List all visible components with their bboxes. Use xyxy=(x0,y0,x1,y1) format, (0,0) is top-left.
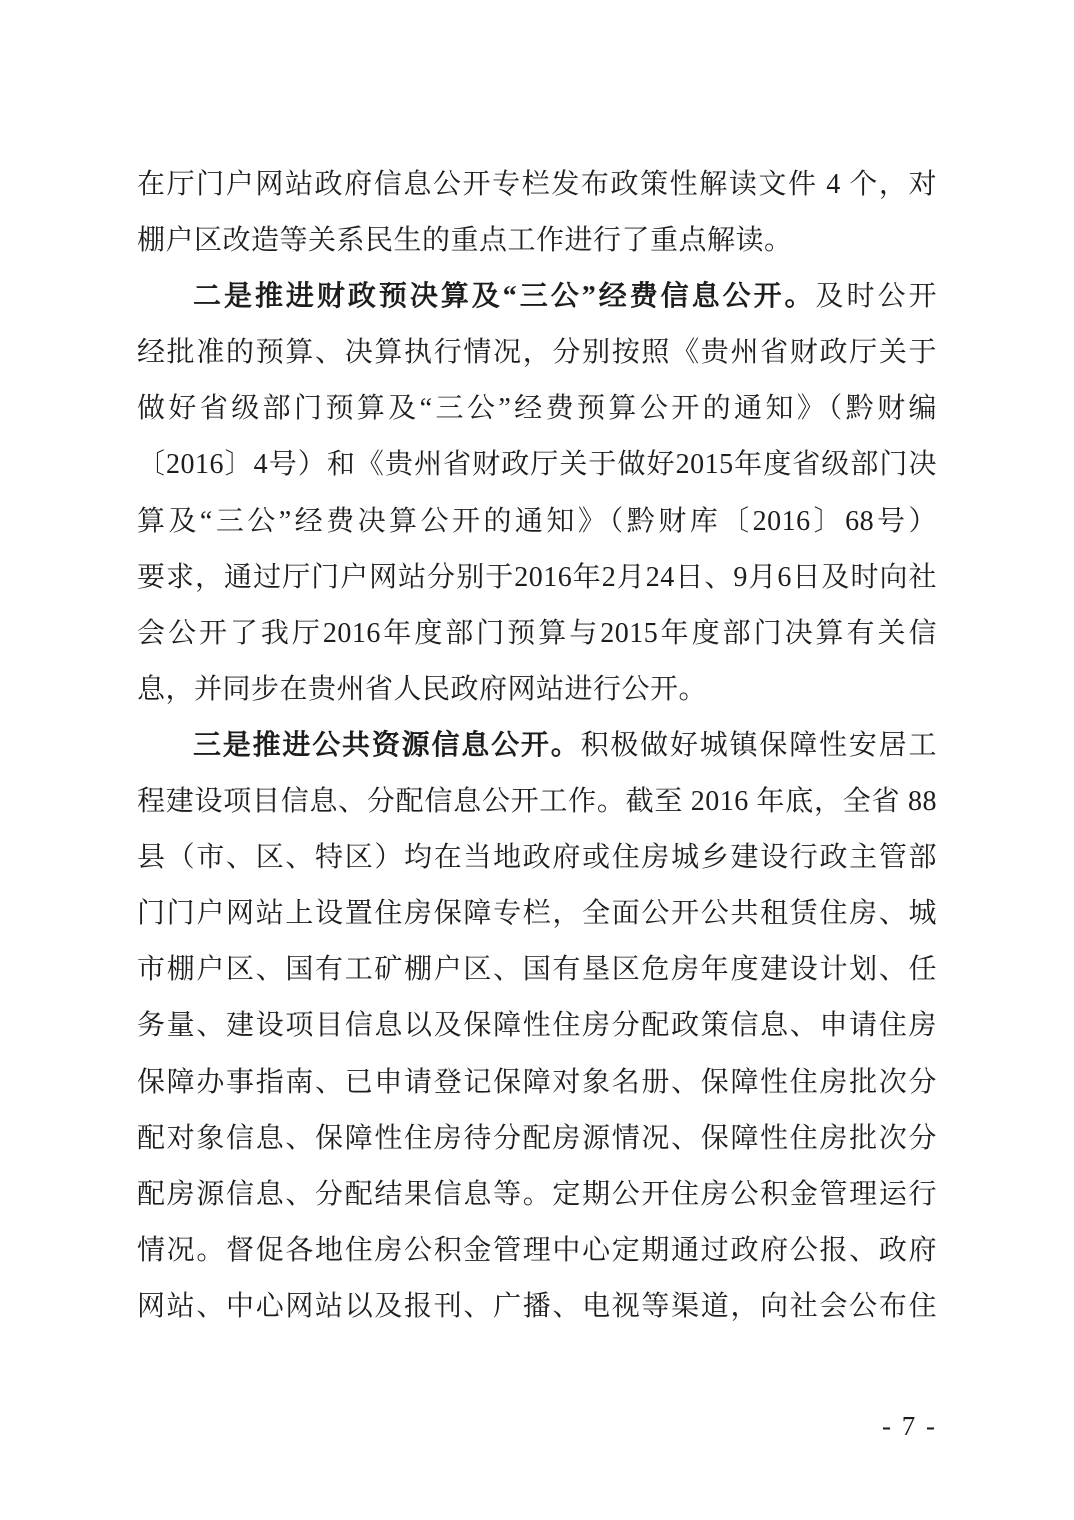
text-line: 三是推进公共资源信息公开。积极做好城镇保障性安居工 xyxy=(137,718,937,774)
text-line: 程建设项目信息、分配信息公开工作。截至 2016 年底，全省 88 xyxy=(137,774,937,830)
paragraph-body-text: 市棚户区、国有工矿棚户区、国有垦区危房年度建设计划、任 xyxy=(137,954,937,985)
text-line: 算及“三公”经费决算公开的通知》（黔财库〔2016〕68号） xyxy=(137,494,937,550)
paragraph-body-text: 县（市、区、特区）均在当地政府或住房城乡建设行政主管部 xyxy=(137,842,937,873)
text-line: 会公开了我厅2016年度部门预算与2015年度部门决算有关信 xyxy=(137,606,937,662)
paragraph-body-text: 息，并同步在贵州省人民政府网站进行公开。 xyxy=(137,674,707,705)
paragraph-body-text: 要求，通过厅门户网站分别于2016年2月24日、9月6日及时向社 xyxy=(137,562,937,593)
paragraph-body-text: 程建设项目信息、分配信息公开工作。截至 2016 年底，全省 88 xyxy=(137,786,937,817)
text-line: 保障办事指南、已申请登记保障对象名册、保障性住房批次分 xyxy=(137,1055,937,1111)
text-line: 二是推进财政预决算及“三公”经费信息公开。及时公开 xyxy=(137,269,937,325)
paragraph-heading-text: 二是推进财政预决算及“三公”经费信息公开。 xyxy=(193,281,816,312)
text-line: 情况。督促各地住房公积金管理中心定期通过政府公报、政府 xyxy=(137,1223,937,1279)
paragraph-body-text: 算及“三公”经费决算公开的通知》（黔财库〔2016〕68号） xyxy=(137,506,937,537)
document-body: 在厅门户网站政府信息公开专栏发布政策性解读文件 4 个，对棚户区改造等关系民生的… xyxy=(137,157,937,1335)
paragraph-body-text: 经批准的预算、决算执行情况，分别按照《贵州省财政厅关于 xyxy=(137,337,937,368)
text-line: 县（市、区、特区）均在当地政府或住房城乡建设行政主管部 xyxy=(137,830,937,886)
page-number: - 7 - xyxy=(137,1406,937,1446)
text-line: 在厅门户网站政府信息公开专栏发布政策性解读文件 4 个，对 xyxy=(137,157,937,213)
paragraph-body-text: 务量、建设项目信息以及保障性住房分配政策信息、申请住房 xyxy=(137,1010,937,1041)
text-line: 做好省级部门预算及“三公”经费预算公开的通知》（黔财编 xyxy=(137,381,937,437)
paragraph-body-text: 配对象信息、保障性住房待分配房源情况、保障性住房批次分 xyxy=(137,1123,937,1154)
text-line: 务量、建设项目信息以及保障性住房分配政策信息、申请住房 xyxy=(137,998,937,1054)
paragraph-body-text: 在厅门户网站政府信息公开专栏发布政策性解读文件 4 个，对 xyxy=(137,169,937,200)
paragraph-body-text: 〔2016〕4号）和《贵州省财政厅关于做好2015年度省级部门决 xyxy=(137,449,937,480)
text-line: 门门户网站上设置住房保障专栏，全面公开公共租赁住房、城 xyxy=(137,886,937,942)
paragraph-body-text: 及时公开 xyxy=(816,281,937,312)
paragraph-body-text: 门门户网站上设置住房保障专栏，全面公开公共租赁住房、城 xyxy=(137,898,937,929)
paragraph-body-text: 配房源信息、分配结果信息等。定期公开住房公积金管理运行 xyxy=(137,1179,937,1210)
paragraph-body-text: 会公开了我厅2016年度部门预算与2015年度部门决算有关信 xyxy=(137,618,937,649)
paragraph-body-text: 棚户区改造等关系民生的重点工作进行了重点解读。 xyxy=(137,225,793,256)
text-line: 市棚户区、国有工矿棚户区、国有垦区危房年度建设计划、任 xyxy=(137,942,937,998)
text-line: 要求，通过厅门户网站分别于2016年2月24日、9月6日及时向社 xyxy=(137,550,937,606)
paragraph-heading-text: 三是推进公共资源信息公开。 xyxy=(193,730,581,761)
paragraph-body-text: 情况。督促各地住房公积金管理中心定期通过政府公报、政府 xyxy=(137,1235,937,1266)
text-line: 网站、中心网站以及报刊、广播、电视等渠道，向社会公布住 xyxy=(137,1279,937,1335)
paragraph-body-text: 网站、中心网站以及报刊、广播、电视等渠道，向社会公布住 xyxy=(137,1291,937,1322)
text-line: 棚户区改造等关系民生的重点工作进行了重点解读。 xyxy=(137,213,937,269)
text-line: 配对象信息、保障性住房待分配房源情况、保障性住房批次分 xyxy=(137,1111,937,1167)
text-line: 经批准的预算、决算执行情况，分别按照《贵州省财政厅关于 xyxy=(137,325,937,381)
paragraph-body-text: 做好省级部门预算及“三公”经费预算公开的通知》（黔财编 xyxy=(137,393,937,424)
text-line: 配房源信息、分配结果信息等。定期公开住房公积金管理运行 xyxy=(137,1167,937,1223)
document-page: 在厅门户网站政府信息公开专栏发布政策性解读文件 4 个，对棚户区改造等关系民生的… xyxy=(0,0,1074,1520)
paragraph-body-text: 保障办事指南、已申请登记保障对象名册、保障性住房批次分 xyxy=(137,1067,937,1098)
paragraph-body-text: 积极做好城镇保障性安居工 xyxy=(581,730,937,761)
text-line: 〔2016〕4号）和《贵州省财政厅关于做好2015年度省级部门决 xyxy=(137,437,937,493)
text-line: 息，并同步在贵州省人民政府网站进行公开。 xyxy=(137,662,937,718)
